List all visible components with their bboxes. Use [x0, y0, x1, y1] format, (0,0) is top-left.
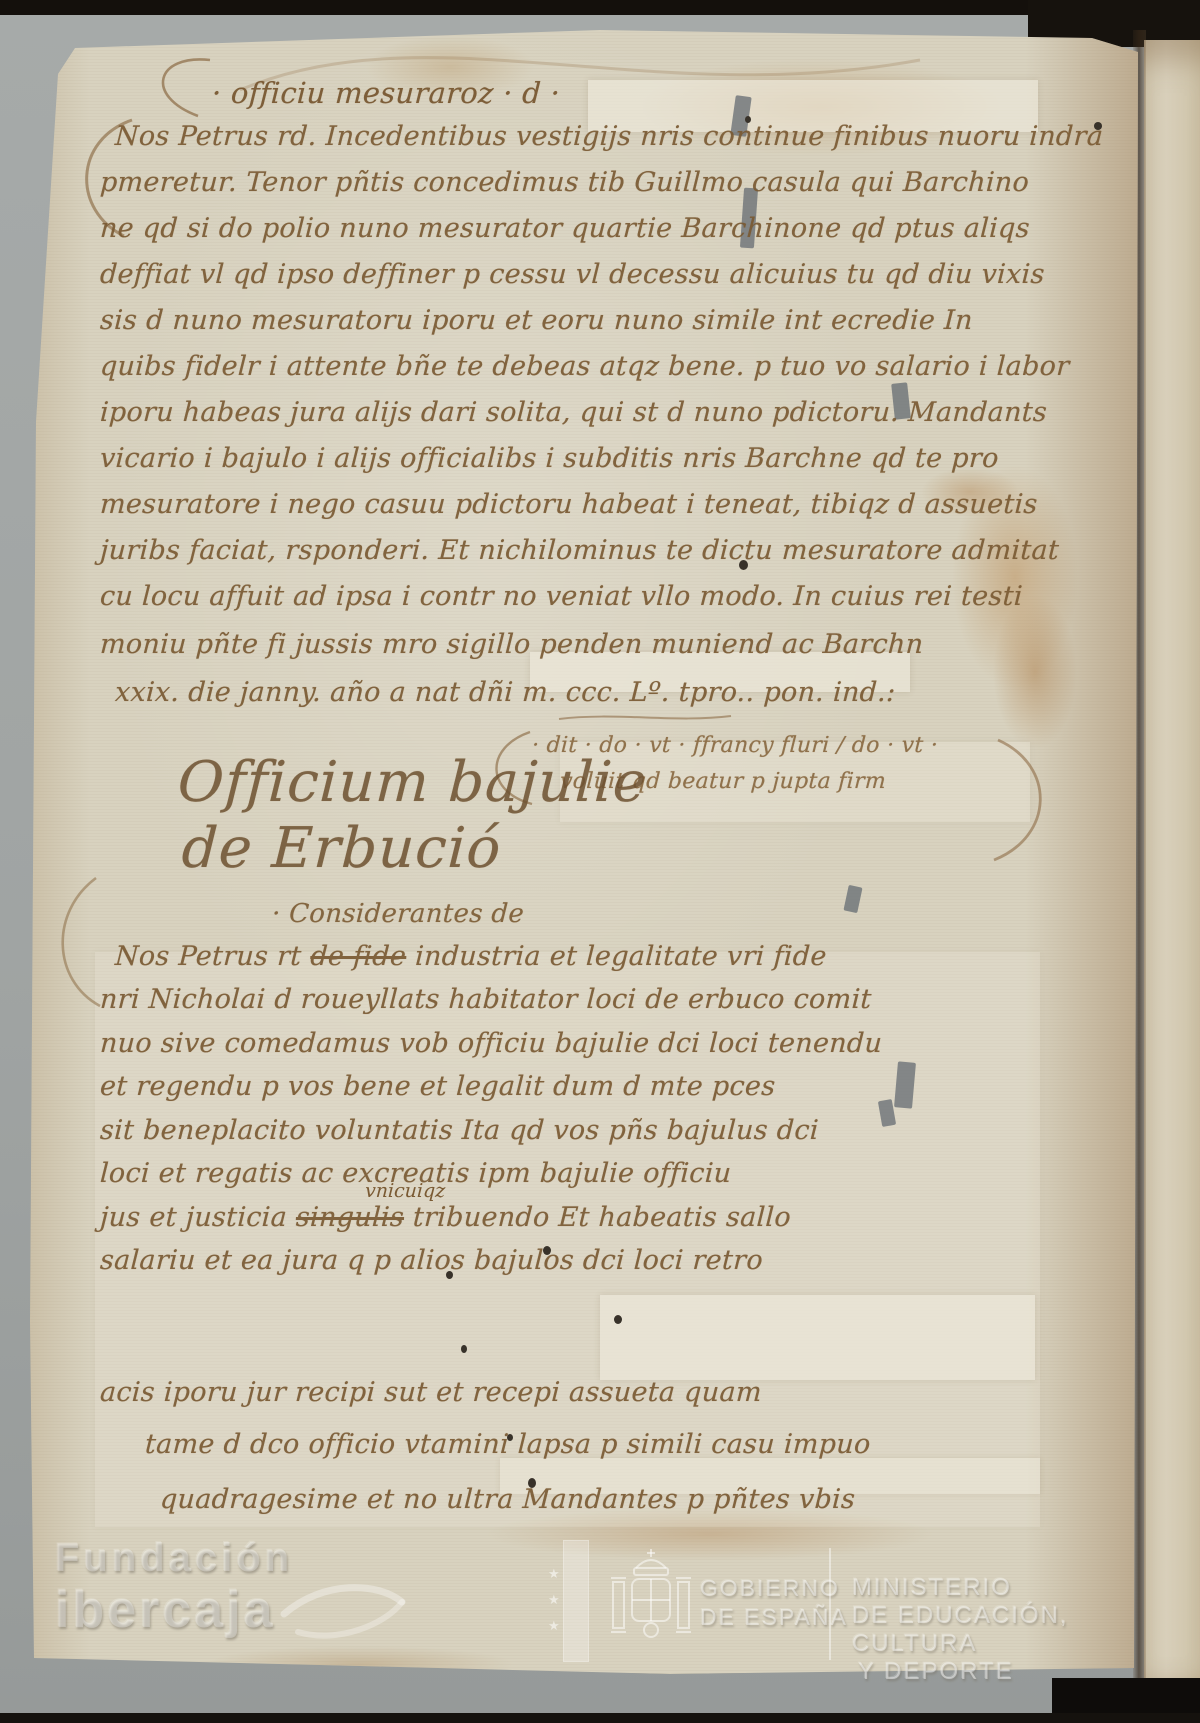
manuscript-line: nuo sive comedamus vob officiu bajulie d…	[99, 1029, 883, 1059]
wormhole	[461, 1345, 467, 1353]
manuscript-line: xxix. die janny. año a nat dñi m. ccc. L…	[114, 678, 896, 708]
manuscript-line: mesuratore i nego casuu pdictoru habeat …	[99, 490, 1038, 520]
star-icon: ★	[548, 1566, 560, 1582]
manuscript-line: ne qd si do polio nuno mesurator quartie…	[99, 214, 1030, 244]
ministerio-line3: Y DEPORTE	[858, 1658, 1200, 1686]
gobierno-line2: DE ESPAÑA	[700, 1603, 848, 1632]
manuscript-line: Nos Petrus rt de fide industria et legal…	[114, 942, 827, 972]
manuscript-line: quadragesime et no ultra Mandantes p pñt…	[159, 1485, 856, 1515]
manuscript-line: Nos Petrus rd. Incedentibus vestigijs nr…	[114, 122, 1104, 152]
manuscript-line: et regendu p vos bene et legalit dum d m…	[99, 1072, 776, 1102]
photographed-manuscript-page: · officiu mesuraroz · d · Nos Petrus rd.…	[0, 0, 1200, 1723]
manuscript-line: sis d nuno mesuratoru iporu et eoru nuno…	[99, 306, 973, 336]
interlinear-correction: vnicuiqz	[365, 1182, 446, 1201]
ribbon-icon	[563, 1540, 589, 1662]
manuscript-line: vicario i bajulo i alijs officialibs i s…	[99, 444, 999, 474]
ibercaja-swoosh-icon	[278, 1572, 408, 1652]
ministerio-line1: MINISTERIO	[852, 1574, 1200, 1602]
ibercaja-watermark-line2: ibercaja	[55, 1580, 276, 1640]
manuscript-line: salariu et ea jura q p alios bajulos dci…	[99, 1246, 763, 1276]
repair-patch	[600, 1295, 1035, 1380]
manuscript-line: cu locu affuit ad ipsa i contr no veniat…	[99, 582, 1023, 612]
manuscript-line: tame d dco officio vtamini lapsa p simil…	[144, 1430, 871, 1460]
line-segment: jus et justicia	[99, 1202, 297, 1233]
ministerio-watermark: MINISTERIO DE EDUCACIÓN, CULTURA Y DEPOR…	[852, 1574, 1200, 1686]
manuscript-line: quibs fidelr i attente bñe te debeas atq…	[99, 352, 1070, 382]
line-segment: tribuendo Et habeatis sallo	[403, 1202, 792, 1233]
watermark-divider	[829, 1548, 831, 1660]
struck-words: de fide	[310, 941, 407, 972]
binding-edge-top	[0, 0, 1200, 15]
star-icon: ★	[548, 1618, 560, 1634]
wormhole	[614, 1315, 622, 1324]
line-segment: Nos Petrus rt	[114, 941, 311, 972]
gobierno-watermark: GOBIERNO DE ESPAÑA	[700, 1574, 848, 1632]
manuscript-line: nri Nicholai d roueyllats habitator loci…	[99, 985, 872, 1015]
manuscript-line: acis iporu jur recipi sut et recepi assu…	[99, 1378, 762, 1408]
manuscript-line: sit beneplacito voluntatis Ita qd vos pñ…	[99, 1116, 819, 1146]
next-folio-edge	[1144, 40, 1200, 1698]
section-heading-line: Officium bajulie	[176, 752, 648, 814]
manuscript-line: jus et justicia singulis tribuendo Et ha…	[99, 1203, 792, 1233]
ministerio-line2: DE EDUCACIÓN, CULTURA	[852, 1602, 1200, 1658]
manuscript-line: iporu habeas jura alijs dari solita, qui…	[99, 398, 1048, 428]
manuscript-line: deffiat vl qd ipso deffiner p cessu vl d…	[99, 260, 1045, 290]
manuscript-line: pmeretur. Tenor pñtis concedimus tib Gui…	[99, 168, 1030, 198]
manuscript-line: moniu pñte fi jussis mro sigillo penden …	[99, 630, 924, 660]
struck-words: singulis	[295, 1202, 405, 1233]
subheading: · Considerantes de	[271, 900, 525, 929]
spain-coat-of-arms-icon	[606, 1546, 696, 1654]
ibercaja-watermark-line1: Fundación	[55, 1536, 293, 1581]
manuscript-line: juribs faciat, rsponderi. Et nichilominu…	[99, 536, 1060, 566]
section-heading-line: de Erbució	[180, 818, 503, 880]
star-icon: ★	[548, 1592, 560, 1608]
rubric-header: · officiu mesuraroz · d ·	[211, 78, 561, 110]
line-segment: industria et legalitate vri fide	[405, 941, 827, 972]
gobierno-line1: GOBIERNO	[700, 1574, 848, 1603]
binding-edge-bottom	[0, 1713, 1200, 1723]
